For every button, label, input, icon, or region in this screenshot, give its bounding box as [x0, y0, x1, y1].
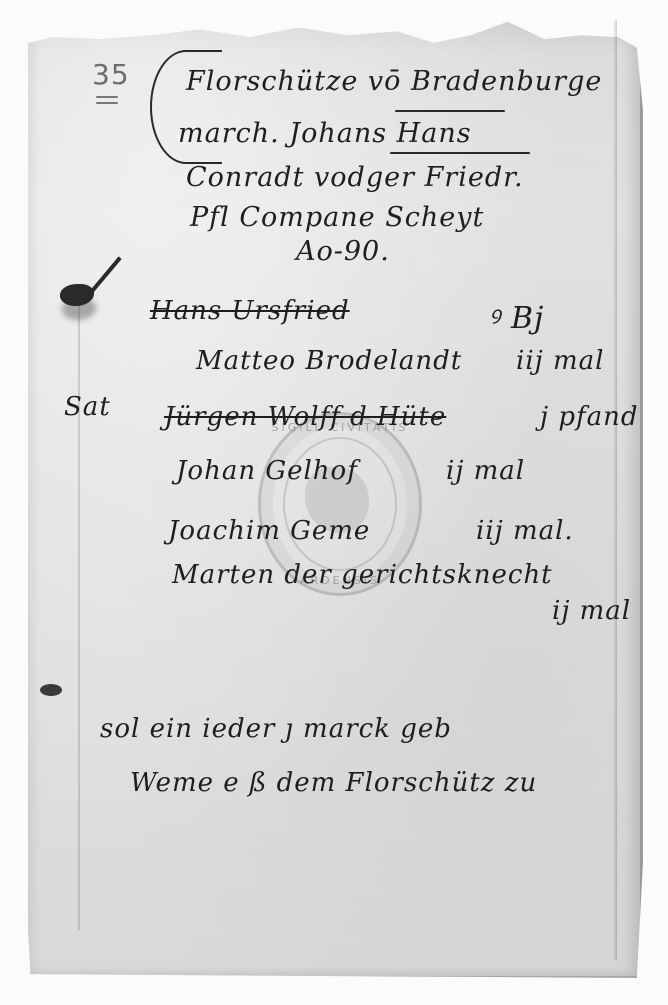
closing-line-2: Weme e ß dem Florschütz zu: [130, 768, 537, 798]
entry-4-name: Johan Gelhof: [176, 456, 358, 486]
heading-line-4: Pfl Compane Scheyt: [190, 202, 484, 233]
folio-number: 35: [92, 58, 130, 91]
heading-line-1: Florschütze vō Bradenburge: [186, 66, 602, 97]
heading-stroke: [395, 110, 505, 112]
entry-4-amount: ij mal: [446, 456, 525, 486]
heading-line-2: march. Johans Hans: [178, 118, 472, 149]
entry-3-margin: Sat: [64, 392, 111, 422]
entry-1-note: ꝰ Bj: [488, 296, 544, 337]
heading-line-3: Conradt vodger Friedr.: [186, 162, 524, 193]
page-fold-line: [78, 290, 80, 930]
closing-line-1: sol ein ieder ȷ marck geb: [100, 714, 452, 744]
heading-line-5: Ao-90.: [296, 236, 390, 267]
entry-1-name: Hans Ursfried: [150, 296, 350, 326]
ink-spot: [40, 684, 62, 696]
entry-2-name: Matteo Brodelandt: [196, 346, 462, 376]
entry-5-name: Joachim Geme: [168, 516, 370, 546]
page-edge-shadow: [613, 20, 617, 960]
folio-underline-2: [96, 102, 118, 104]
entry-6-amount: ij mal: [552, 596, 631, 626]
entry-6-name: Marten der gerichtsknecht: [172, 560, 553, 590]
entry-3-name: Jürgen Wolff d Hüte: [164, 402, 446, 432]
entry-3-amount: j pfand: [540, 402, 638, 432]
entry-5-amount: iij mal.: [476, 516, 574, 546]
folio-underline: [96, 96, 118, 98]
entry-2-amount: iij mal: [516, 346, 604, 376]
heading-stroke-2: [390, 152, 530, 154]
